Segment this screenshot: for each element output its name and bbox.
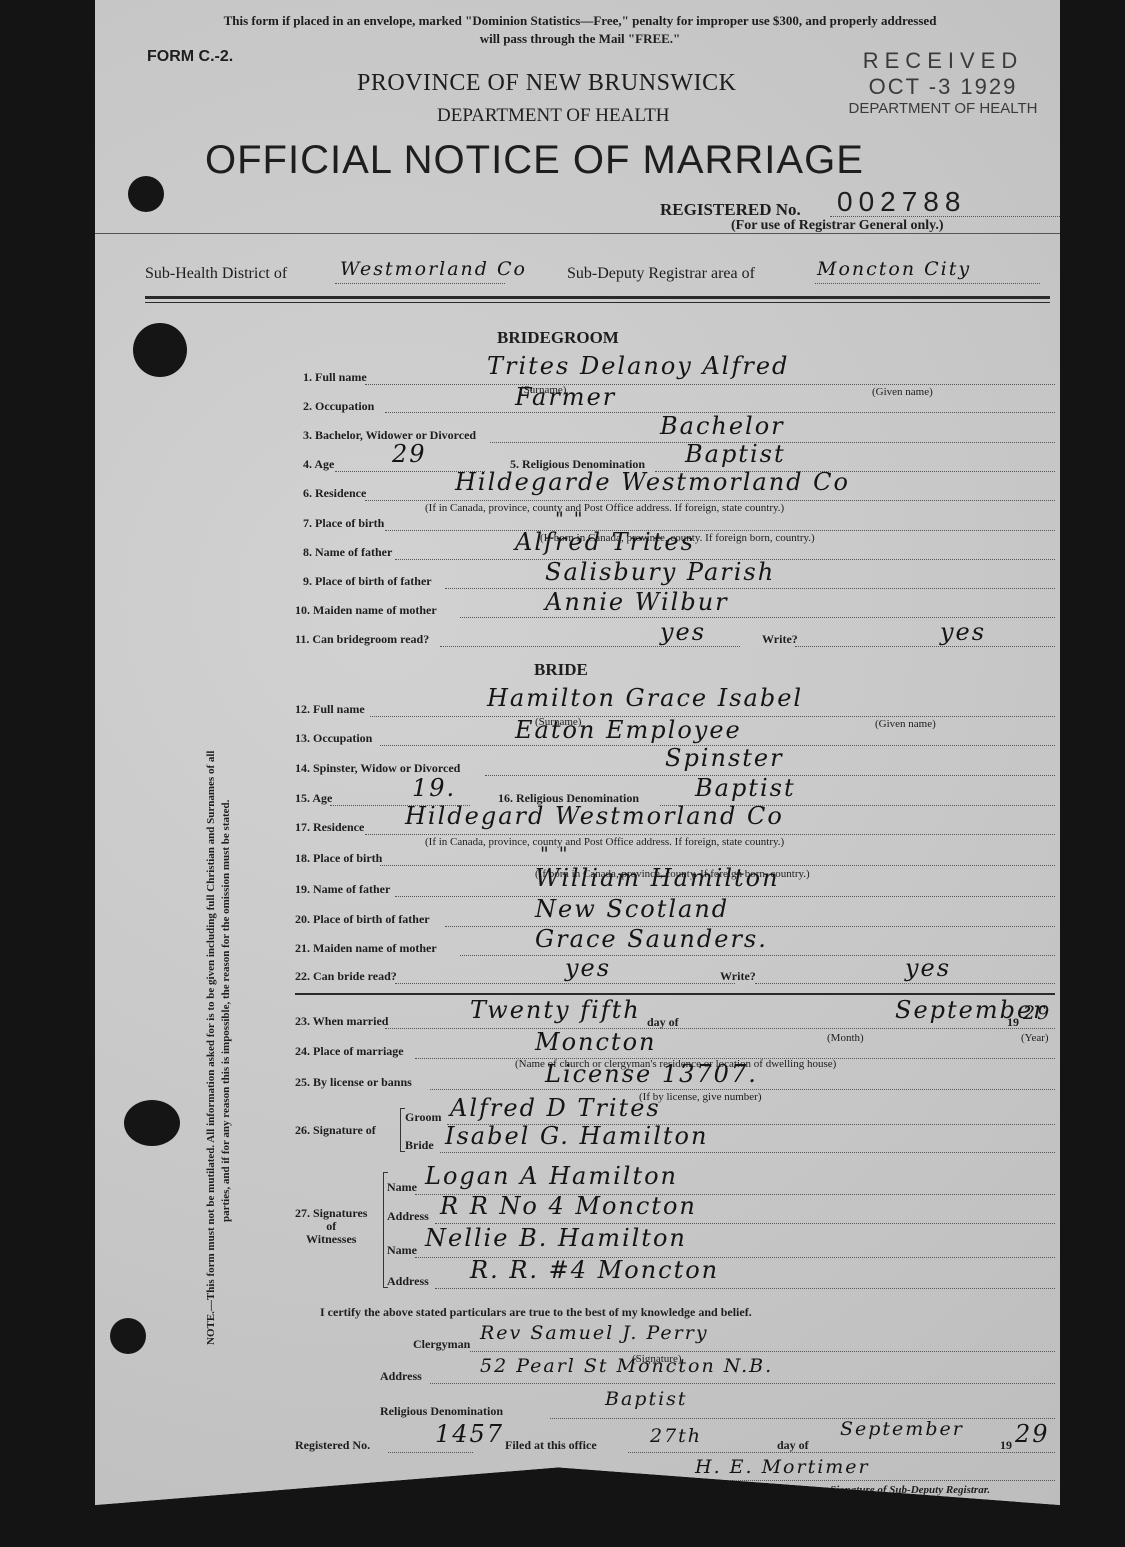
see-other-side: [SEE OTHER SIDE] — [335, 1492, 403, 1501]
filed-year-value: 29 — [1015, 1420, 1050, 1448]
groom-can-read-value: yes — [660, 618, 706, 646]
bride-father-birthplace-label: 20. Place of birth of father — [295, 912, 430, 927]
certification-statement: I certify the above stated particulars a… — [320, 1305, 752, 1320]
sub-deputy-registrar-signature: H. E. Mortimer — [695, 1456, 870, 1478]
groom-signature-label: Groom — [405, 1110, 441, 1125]
side-note-line2: parties, and if for any reason this is i… — [220, 800, 232, 1222]
bride-mother-maiden-name-label: 21. Maiden name of mother — [295, 941, 437, 956]
bride-father-name-value: William Hamilton — [535, 864, 780, 892]
mailing-notice: This form if placed in an envelope, mark… — [100, 12, 1060, 48]
bride-age-value: 19. — [412, 774, 456, 802]
filed-at-office-label: Filed at this office — [505, 1438, 597, 1453]
groom-occupation-value: Farmer — [515, 383, 616, 411]
bride-full-name-value: Hamilton Grace Isabel — [487, 684, 803, 712]
bride-given-name-hint: (Given name) — [875, 718, 936, 730]
clergyman-denomination-label: Religious Denomination — [380, 1404, 503, 1419]
bride-can-write-label: Write? — [720, 969, 756, 984]
signature-of-label: 26. Signature of — [295, 1123, 376, 1138]
filed-day-of-label: day of — [777, 1438, 809, 1453]
clergyman-label: Clergyman — [413, 1337, 470, 1352]
bride-can-write-value: yes — [905, 954, 951, 982]
groom-denomination-value: Baptist — [685, 440, 786, 468]
groom-can-write-label: Write? — [762, 632, 798, 647]
mailing-notice-line1: This form if placed in an envelope, mark… — [100, 12, 1060, 30]
marriage-notice-form: This form if placed in an envelope, mark… — [95, 0, 1060, 1505]
sub-deputy-area-value: Moncton City — [817, 258, 971, 280]
witness-1-name-value: Logan A Hamilton — [425, 1162, 678, 1190]
bride-can-read-label: 22. Can bride read? — [295, 969, 397, 984]
registered-number-value: 002788 — [837, 186, 966, 218]
bride-residence-value: Hildegard Westmorland Co — [405, 802, 784, 830]
form-number: FORM C.-2. — [147, 48, 233, 66]
groom-given-name-hint: (Given name) — [872, 386, 933, 398]
stamp-received: RECEIVED — [843, 48, 1043, 74]
groom-full-name-value: Trites Delanoy Alfred — [487, 352, 789, 380]
groom-age-value: 29 — [392, 440, 427, 468]
when-married-day-value: Twenty fifth — [470, 996, 641, 1024]
bride-age-label: 15. Age — [295, 791, 332, 806]
bride-father-name-label: 19. Name of father — [295, 882, 390, 897]
groom-marital-status-value: Bachelor — [660, 412, 785, 440]
witness-1-name-label: Name — [387, 1180, 417, 1195]
groom-occupation-label: 2. Occupation — [303, 399, 374, 414]
license-value: License 13707. — [545, 1060, 758, 1088]
groom-mother-maiden-name-value: Annie Wilbur — [545, 588, 729, 616]
registered-number-label: REGISTERED No. — [660, 200, 801, 220]
filed-year-prefix: 19 — [1000, 1438, 1012, 1453]
groom-residence-hint: (If in Canada, province, county and Post… — [425, 502, 784, 514]
filed-day-value: 27th — [650, 1425, 702, 1447]
groom-father-name-value: Alfred Trites — [515, 528, 695, 556]
bride-signature-label: Bride — [405, 1138, 434, 1153]
bride-birthplace-value: " " — [540, 843, 570, 865]
clergyman-address-label: Address — [380, 1369, 422, 1384]
witness-2-name-label: Name — [387, 1243, 417, 1258]
sub-health-district-label: Sub-Health District of — [145, 265, 287, 283]
license-label: 25. By license or banns — [295, 1075, 412, 1090]
bride-full-name-label: 12. Full name — [295, 702, 365, 717]
bridegroom-heading: BRIDEGROOM — [497, 328, 619, 348]
when-married-label: 23. When married — [295, 1014, 388, 1029]
witnesses-label-line3: Witnesses — [295, 1233, 367, 1246]
department-heading: DEPARTMENT OF HEALTH — [437, 105, 670, 127]
punch-hole — [128, 176, 164, 212]
witnesses-label: 27. Signatures of Witnesses — [295, 1207, 367, 1246]
groom-residence-value: Hildegarde Westmorland Co — [455, 468, 850, 496]
month-hint: (Month) — [827, 1032, 864, 1044]
groom-marital-status-label: 3. Bachelor, Widower or Divorced — [303, 428, 476, 443]
registrar-note: (For use of Registrar General only.) — [731, 218, 944, 234]
place-of-marriage-label: 24. Place of marriage — [295, 1044, 404, 1059]
clergyman-address-value: 52 Pearl St Moncton N.B. — [480, 1355, 773, 1377]
punch-hole — [110, 1318, 146, 1354]
bride-heading: BRIDE — [534, 660, 588, 680]
bride-marital-status-value: Spinster — [665, 744, 784, 772]
bride-occupation-label: 13. Occupation — [295, 731, 372, 746]
groom-father-birthplace-label: 9. Place of birth of father — [303, 574, 432, 589]
witness-2-address-value: R. R. #4 Moncton — [470, 1256, 719, 1284]
year-prefix: 19 — [1007, 1015, 1019, 1030]
received-stamp: RECEIVED OCT -3 1929 DEPARTMENT OF HEALT… — [843, 48, 1043, 117]
local-registered-number-label: Registered No. — [295, 1438, 370, 1453]
bride-occupation-value: Eaton Employee — [515, 716, 742, 744]
groom-mother-maiden-name-label: 10. Maiden name of mother — [295, 603, 437, 618]
groom-father-birthplace-value: Salisbury Parish — [545, 558, 775, 586]
witness-1-address-value: R R No 4 Moncton — [440, 1192, 697, 1220]
stamp-department: DEPARTMENT OF HEALTH — [843, 100, 1043, 117]
punch-hole — [124, 1100, 180, 1146]
bride-residence-label: 17. Residence — [295, 820, 364, 835]
groom-signature-value: Alfred D Trites — [450, 1094, 661, 1122]
bride-can-read-value: yes — [565, 954, 611, 982]
document-title: OFFICIAL NOTICE OF MARRIAGE — [205, 138, 864, 183]
witness-2-address-label: Address — [387, 1274, 429, 1289]
groom-birthplace-label: 7. Place of birth — [303, 516, 384, 531]
stamp-date: OCT -3 1929 — [843, 74, 1043, 100]
groom-residence-label: 6. Residence — [303, 486, 366, 501]
year-hint: (Year) — [1021, 1032, 1049, 1044]
bride-birthplace-label: 18. Place of birth — [295, 851, 382, 866]
bride-residence-hint: (If in Canada, province, county and Post… — [425, 836, 784, 848]
clergyman-denomination-value: Baptist — [605, 1388, 688, 1410]
filed-month-value: September — [840, 1418, 964, 1440]
groom-full-name-label: 1. Full name — [303, 370, 367, 385]
punch-hole — [133, 323, 187, 377]
groom-can-read-label: 11. Can bridegroom read? — [295, 632, 429, 647]
sub-deputy-registrar-hint: Signature of Sub-Deputy Registrar. — [830, 1484, 990, 1496]
sub-deputy-area-label: Sub-Deputy Registrar area of — [567, 265, 755, 283]
place-of-marriage-value: Moncton — [535, 1028, 656, 1056]
sub-health-district-value: Westmorland Co — [340, 258, 527, 280]
bride-mother-maiden-name-value: Grace Saunders. — [535, 925, 768, 953]
local-registered-number-value: 1457 — [435, 1420, 504, 1448]
bride-father-birthplace-value: New Scotland — [535, 895, 729, 923]
when-married-year-value: 29 — [1023, 1002, 1051, 1024]
bride-signature-value: Isabel G. Hamilton — [445, 1122, 708, 1150]
groom-age-label: 4. Age — [303, 457, 334, 472]
witness-1-address-label: Address — [387, 1209, 429, 1224]
province-heading: PROVINCE OF NEW BRUNSWICK — [357, 70, 736, 97]
clergyman-signature-value: Rev Samuel J. Perry — [480, 1322, 709, 1344]
groom-birthplace-value: " " — [555, 508, 585, 530]
side-note-line1: NOTE.—This form must not be mutilated. A… — [205, 751, 217, 1345]
witness-2-name-value: Nellie B. Hamilton — [425, 1224, 687, 1252]
bride-denomination-value: Baptist — [695, 774, 796, 802]
mailing-notice-line2: will pass through the Mail "FREE." — [100, 30, 1060, 48]
groom-can-write-value: yes — [940, 618, 986, 646]
groom-father-name-label: 8. Name of father — [303, 545, 392, 560]
